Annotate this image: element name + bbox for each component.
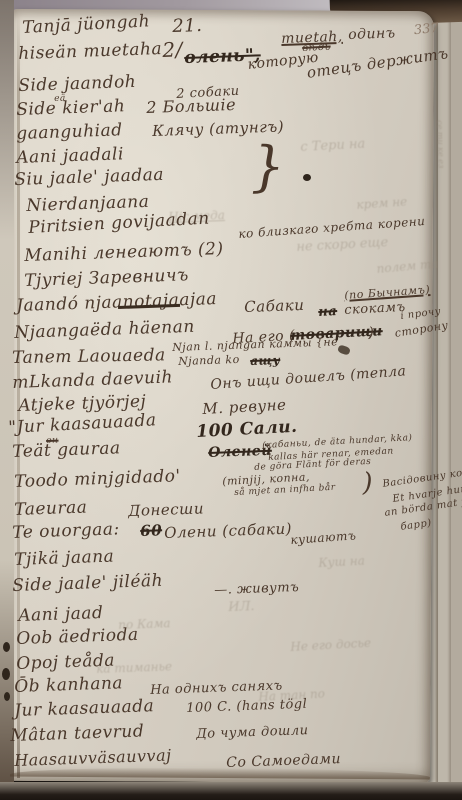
manuscript-text: одинъ: [348, 26, 396, 42]
manuscript-text: Jur kaasauaada: [14, 698, 154, 720]
manuscript-text: он: [46, 437, 59, 446]
photo-left-band: [0, 0, 14, 800]
ink-blot: [2, 668, 10, 680]
brace-mark: }: [250, 139, 286, 194]
manuscript-text: Ōb kanhana: [14, 675, 123, 696]
manuscript-text: Донесши: [128, 501, 204, 519]
manuscript-text: М. ревуне: [202, 398, 287, 417]
manuscript-text: Tanem Laouaeda: [12, 347, 166, 367]
manuscript-text: 21.: [172, 17, 203, 36]
manuscript-text: Teät gauraa: [12, 440, 121, 461]
manuscript-text: Oob äedrioda: [16, 627, 139, 648]
manuscript-text: —. живутъ: [214, 581, 299, 597]
manuscript-text: Side jaandoh: [18, 74, 137, 95]
photo-bottom-band: [0, 782, 462, 800]
ghost-text: Куш на: [318, 554, 365, 570]
manuscript-text: Олени (сабаки): [164, 522, 292, 541]
manuscript-text: ): [362, 470, 374, 496]
manuscript-text: 2/: [162, 39, 183, 60]
page-edge-stack: [451, 0, 462, 800]
manuscript-text: Tjikä jaana: [14, 549, 115, 569]
manuscript-text: Aani jaad: [18, 605, 104, 625]
ink-blot: [3, 642, 10, 652]
ink-blot: [4, 692, 10, 701]
manuscript-text: eä: [54, 95, 66, 104]
manuscript-text: Opoj teåda: [16, 653, 115, 673]
manuscript-text: До чума дошли: [196, 724, 309, 741]
page-number: 337: [413, 21, 439, 39]
manuscript-text: gaanguhiad: [16, 122, 123, 143]
manuscript-text: Сабаки: [244, 298, 305, 315]
manuscript-text: hiseän muetaha: [18, 41, 162, 63]
manuscript-text: Side kier'ah: [16, 98, 126, 119]
manuscript-text: скокамъ: [344, 301, 406, 317]
manuscript-text: Njanda ko: [178, 354, 240, 367]
photographed-manuscript-page: с Тери на Ніс меда крем не не скоро еще …: [0, 0, 462, 800]
ghost-text: ИЛ.: [228, 599, 255, 615]
manuscript-text: на: [318, 305, 338, 319]
manuscript-text: ): [368, 326, 375, 340]
ghost-text: се ти ке ез: [435, 120, 446, 168]
manuscript-text: Taeuraa: [14, 499, 88, 519]
ink-blot: [303, 174, 311, 181]
manuscript-text: Mâtan taevrud: [10, 723, 144, 745]
manuscript-text: Aani jaadali: [16, 146, 124, 167]
manuscript-text: Te ouorgaa:: [12, 521, 120, 542]
manuscript-text: 2 Большіе: [146, 97, 236, 116]
manuscript-text: 60: [140, 523, 162, 539]
manuscript-text: ащу: [250, 354, 280, 367]
